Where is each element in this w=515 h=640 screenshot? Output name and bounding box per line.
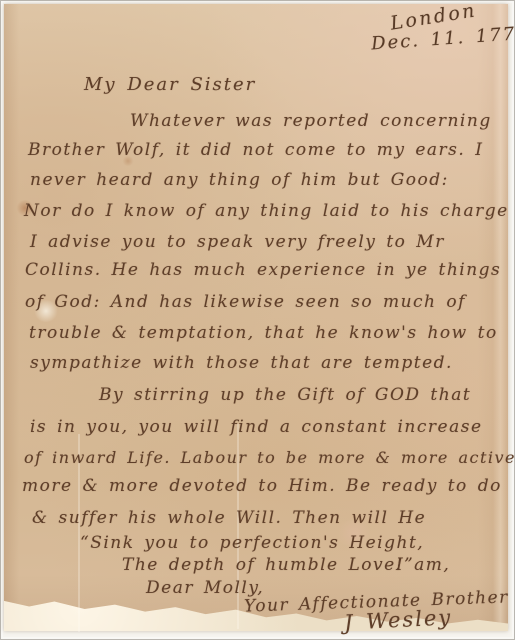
salutation: My Dear Sister — [84, 74, 256, 95]
i-am-line: I am, — [396, 555, 450, 575]
body-line: Whatever was reported concerning — [130, 111, 492, 131]
body-line: of God: And has likewise seen so much of — [25, 292, 466, 312]
quote-line: The depth of humble Love!” — [122, 555, 414, 575]
body-line: trouble & temptation, that he know's how… — [29, 323, 498, 343]
body-line: sympathize with those that are tempted. — [30, 353, 453, 373]
body-line: I advise you to speak very freely to Mr — [30, 232, 445, 252]
body-line: By stirring up the Gift of GOD that — [99, 385, 471, 405]
body-line: Nor do I know of any thing laid to his c… — [24, 201, 509, 221]
body-line: of inward Life. Labour to be more & more… — [24, 448, 515, 467]
scan-mat: London Dec. 11. 1773 My Dear Sister What… — [0, 0, 515, 640]
addressee-line: Dear Molly, — [146, 578, 264, 598]
body-line: more & more devoted to Him. Be ready to … — [22, 476, 502, 496]
body-line: never heard any thing of him but Good: — [30, 170, 449, 190]
body-line: Brother Wolf, it did not come to my ears… — [28, 140, 483, 160]
signature: J Wesley — [343, 605, 452, 635]
body-line: Collins. He has much experience in ye th… — [25, 260, 501, 280]
letter-paper: London Dec. 11. 1773 My Dear Sister What… — [4, 4, 508, 631]
quote-line: “Sink you to perfection's Height, — [80, 533, 424, 553]
body-line: is in you, you will find a constant incr… — [30, 417, 483, 437]
body-line: & suffer his whole Will. Then will He — [32, 508, 426, 528]
